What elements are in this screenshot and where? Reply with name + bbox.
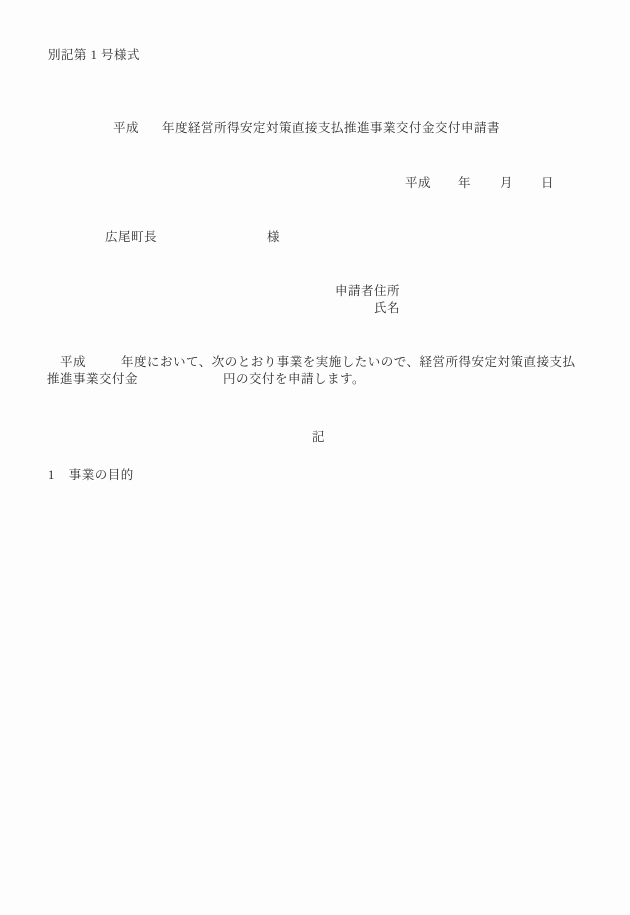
document-page: 別記第 1 号様式 平成年度経営所得安定対策直接支払推進事業交付金交付申請書 平… — [0, 0, 630, 915]
form-number-label: 別記第 1 号様式 — [48, 48, 140, 64]
date-year-label: 年 — [458, 176, 471, 192]
body-amount-blank — [138, 382, 223, 383]
body-line2-prefix: 推進事業交付金 — [47, 372, 138, 386]
applicant-address-label: 申請者住所 — [335, 284, 400, 300]
body-year-blank — [86, 365, 121, 366]
title-era-label: 平成 — [113, 121, 139, 135]
document-title: 平成年度経営所得安定対策直接支払推進事業交付金交付申請書 — [113, 121, 500, 137]
section-item: 1事業の目的 — [48, 468, 134, 484]
title-year-blank — [139, 131, 162, 132]
date-day-label: 日 — [541, 176, 554, 192]
body-line2-suffix: 円の交付を申請します。 — [223, 372, 365, 386]
addressee-name: 広尾町長 — [105, 230, 157, 246]
record-marker: 記 — [312, 430, 325, 446]
body-era-label: 平成 — [60, 355, 86, 369]
section-number-gap — [55, 478, 69, 479]
addressee-honorific: 様 — [267, 230, 280, 246]
body-paragraph-line1: 平成年度において、次のとおり事業を実施したいので、経営所得安定対策直接支払 — [60, 355, 576, 371]
date-era-label: 平成 — [405, 176, 431, 192]
section-number: 1 — [48, 468, 55, 482]
section-title: 事業の目的 — [69, 468, 134, 482]
body-line1-text: 年度において、次のとおり事業を実施したいので、経営所得安定対策直接支払 — [121, 355, 576, 369]
applicant-name-label: 氏名 — [374, 301, 400, 317]
body-paragraph-line2: 推進事業交付金円の交付を申請します。 — [47, 372, 365, 388]
title-body-text: 年度経営所得安定対策直接支払推進事業交付金交付申請書 — [162, 121, 500, 135]
date-month-label: 月 — [500, 176, 513, 192]
